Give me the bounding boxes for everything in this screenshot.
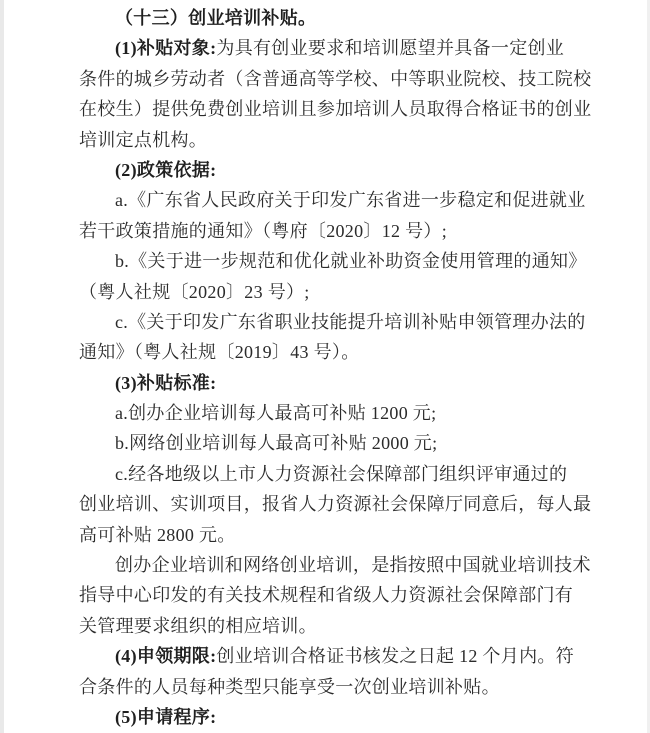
document-body: （十三）创业培训补贴。(1)补贴对象:为具有创业要求和培训愿望并具备一定创业条件… (79, 3, 639, 732)
text-segment: b.《关于进一步规范和优化就业补助资金使用管理的通知》 (115, 251, 587, 271)
bold-label: (3)补贴标准: (115, 373, 216, 393)
text-segment: b.网络创业培训每人最高可补贴 2000 元; (115, 433, 437, 453)
text-line-2: (1)补贴对象:为具有创业要求和培训愿望并具备一定创业 (79, 33, 639, 63)
bold-label: (4)申领期限: (115, 646, 216, 666)
bold-label: (2)政策依据: (115, 160, 216, 180)
text-line-22: (4)申领期限:创业培训合格证书核发之日起 12 个月内。符 (79, 641, 639, 671)
text-line-16: c.经各地级以上市人力资源社会保障部门组织评审通过的 (79, 459, 639, 489)
text-segment: 条件的城乡劳动者（含普通高等学校、中等职业院校、技工院校 (79, 69, 591, 89)
text-segment: （粤人社规〔2020〕23 号）; (79, 282, 310, 302)
text-line-9: b.《关于进一步规范和优化就业补助资金使用管理的通知》 (79, 246, 639, 276)
bold-label: （十三）创业培训补贴。 (115, 8, 316, 28)
text-segment: 合条件的人员每种类型只能享受一次创业培训补贴。 (79, 677, 500, 697)
text-line-18: 高可补贴 2800 元。 (79, 520, 639, 550)
text-segment: 创办企业培训和网络创业培训，是指按照中国就业培训技术 (115, 555, 591, 575)
text-segment: 通知》（粤人社规〔2019〕43 号）。 (79, 342, 360, 362)
text-line-19: 创办企业培训和网络创业培训，是指按照中国就业培训技术 (79, 550, 639, 580)
text-segment: c.《关于印发广东省职业技能提升培训补贴申领管理办法的 (115, 312, 586, 332)
text-segment: 创业培训、实训项目，报省人力资源社会保障厅同意后，每人最 (79, 494, 591, 514)
text-line-15: b.网络创业培训每人最高可补贴 2000 元; (79, 428, 639, 458)
text-line-8: 若干政策措施的通知》（粤府〔2020〕12 号）; (79, 216, 639, 246)
text-line-12: 通知》（粤人社规〔2019〕43 号）。 (79, 337, 639, 367)
text-line-7: a.《广东省人民政府关于印发广东省进一步稳定和促进就业 (79, 185, 639, 215)
text-line-5: 培训定点机构。 (79, 125, 639, 155)
text-segment: a.《广东省人民政府关于印发广东省进一步稳定和促进就业 (115, 190, 586, 210)
text-line-21: 关管理要求组织的相应培训。 (79, 611, 639, 641)
text-line-14: a.创办企业培训每人最高可补贴 1200 元; (79, 398, 639, 428)
text-line-1: （十三）创业培训补贴。 (79, 3, 639, 33)
text-segment: 为具有创业要求和培训愿望并具备一定创业 (216, 38, 564, 58)
text-segment: 创业培训合格证书核发之日起 12 个月内。符 (216, 646, 574, 666)
text-segment: 培训定点机构。 (79, 130, 207, 150)
text-segment: 指导中心印发的有关技术规程和省级人力资源社会保障部门有 (79, 585, 573, 605)
text-line-3: 条件的城乡劳动者（含普通高等学校、中等职业院校、技工院校 (79, 64, 639, 94)
text-line-6: (2)政策依据: (79, 155, 639, 185)
bold-label: (1)补贴对象: (115, 38, 216, 58)
text-segment: a.创办企业培训每人最高可补贴 1200 元; (115, 403, 436, 423)
text-line-13: (3)补贴标准: (79, 368, 639, 398)
document-page: （十三）创业培训补贴。(1)补贴对象:为具有创业要求和培训愿望并具备一定创业条件… (0, 0, 650, 733)
text-line-20: 指导中心印发的有关技术规程和省级人力资源社会保障部门有 (79, 580, 639, 610)
text-line-23: 合条件的人员每种类型只能享受一次创业培训补贴。 (79, 672, 639, 702)
text-segment: c.经各地级以上市人力资源社会保障部门组织评审通过的 (115, 464, 567, 484)
text-segment: 若干政策措施的通知》（粤府〔2020〕12 号）; (79, 221, 447, 241)
text-line-4: 在校生）提供免费创业培训且参加培训人员取得合格证书的创业 (79, 94, 639, 124)
text-line-10: （粤人社规〔2020〕23 号）; (79, 277, 639, 307)
text-line-24: (5)申请程序: (79, 702, 639, 732)
text-segment: 关管理要求组织的相应培训。 (79, 616, 317, 636)
scan-edge-left (0, 0, 4, 733)
text-segment: 高可补贴 2800 元。 (79, 525, 236, 545)
text-segment: 在校生）提供免费创业培训且参加培训人员取得合格证书的创业 (79, 99, 591, 119)
bold-label: (5)申请程序: (115, 707, 216, 727)
text-line-17: 创业培训、实训项目，报省人力资源社会保障厅同意后，每人最 (79, 489, 639, 519)
text-line-11: c.《关于印发广东省职业技能提升培训补贴申领管理办法的 (79, 307, 639, 337)
